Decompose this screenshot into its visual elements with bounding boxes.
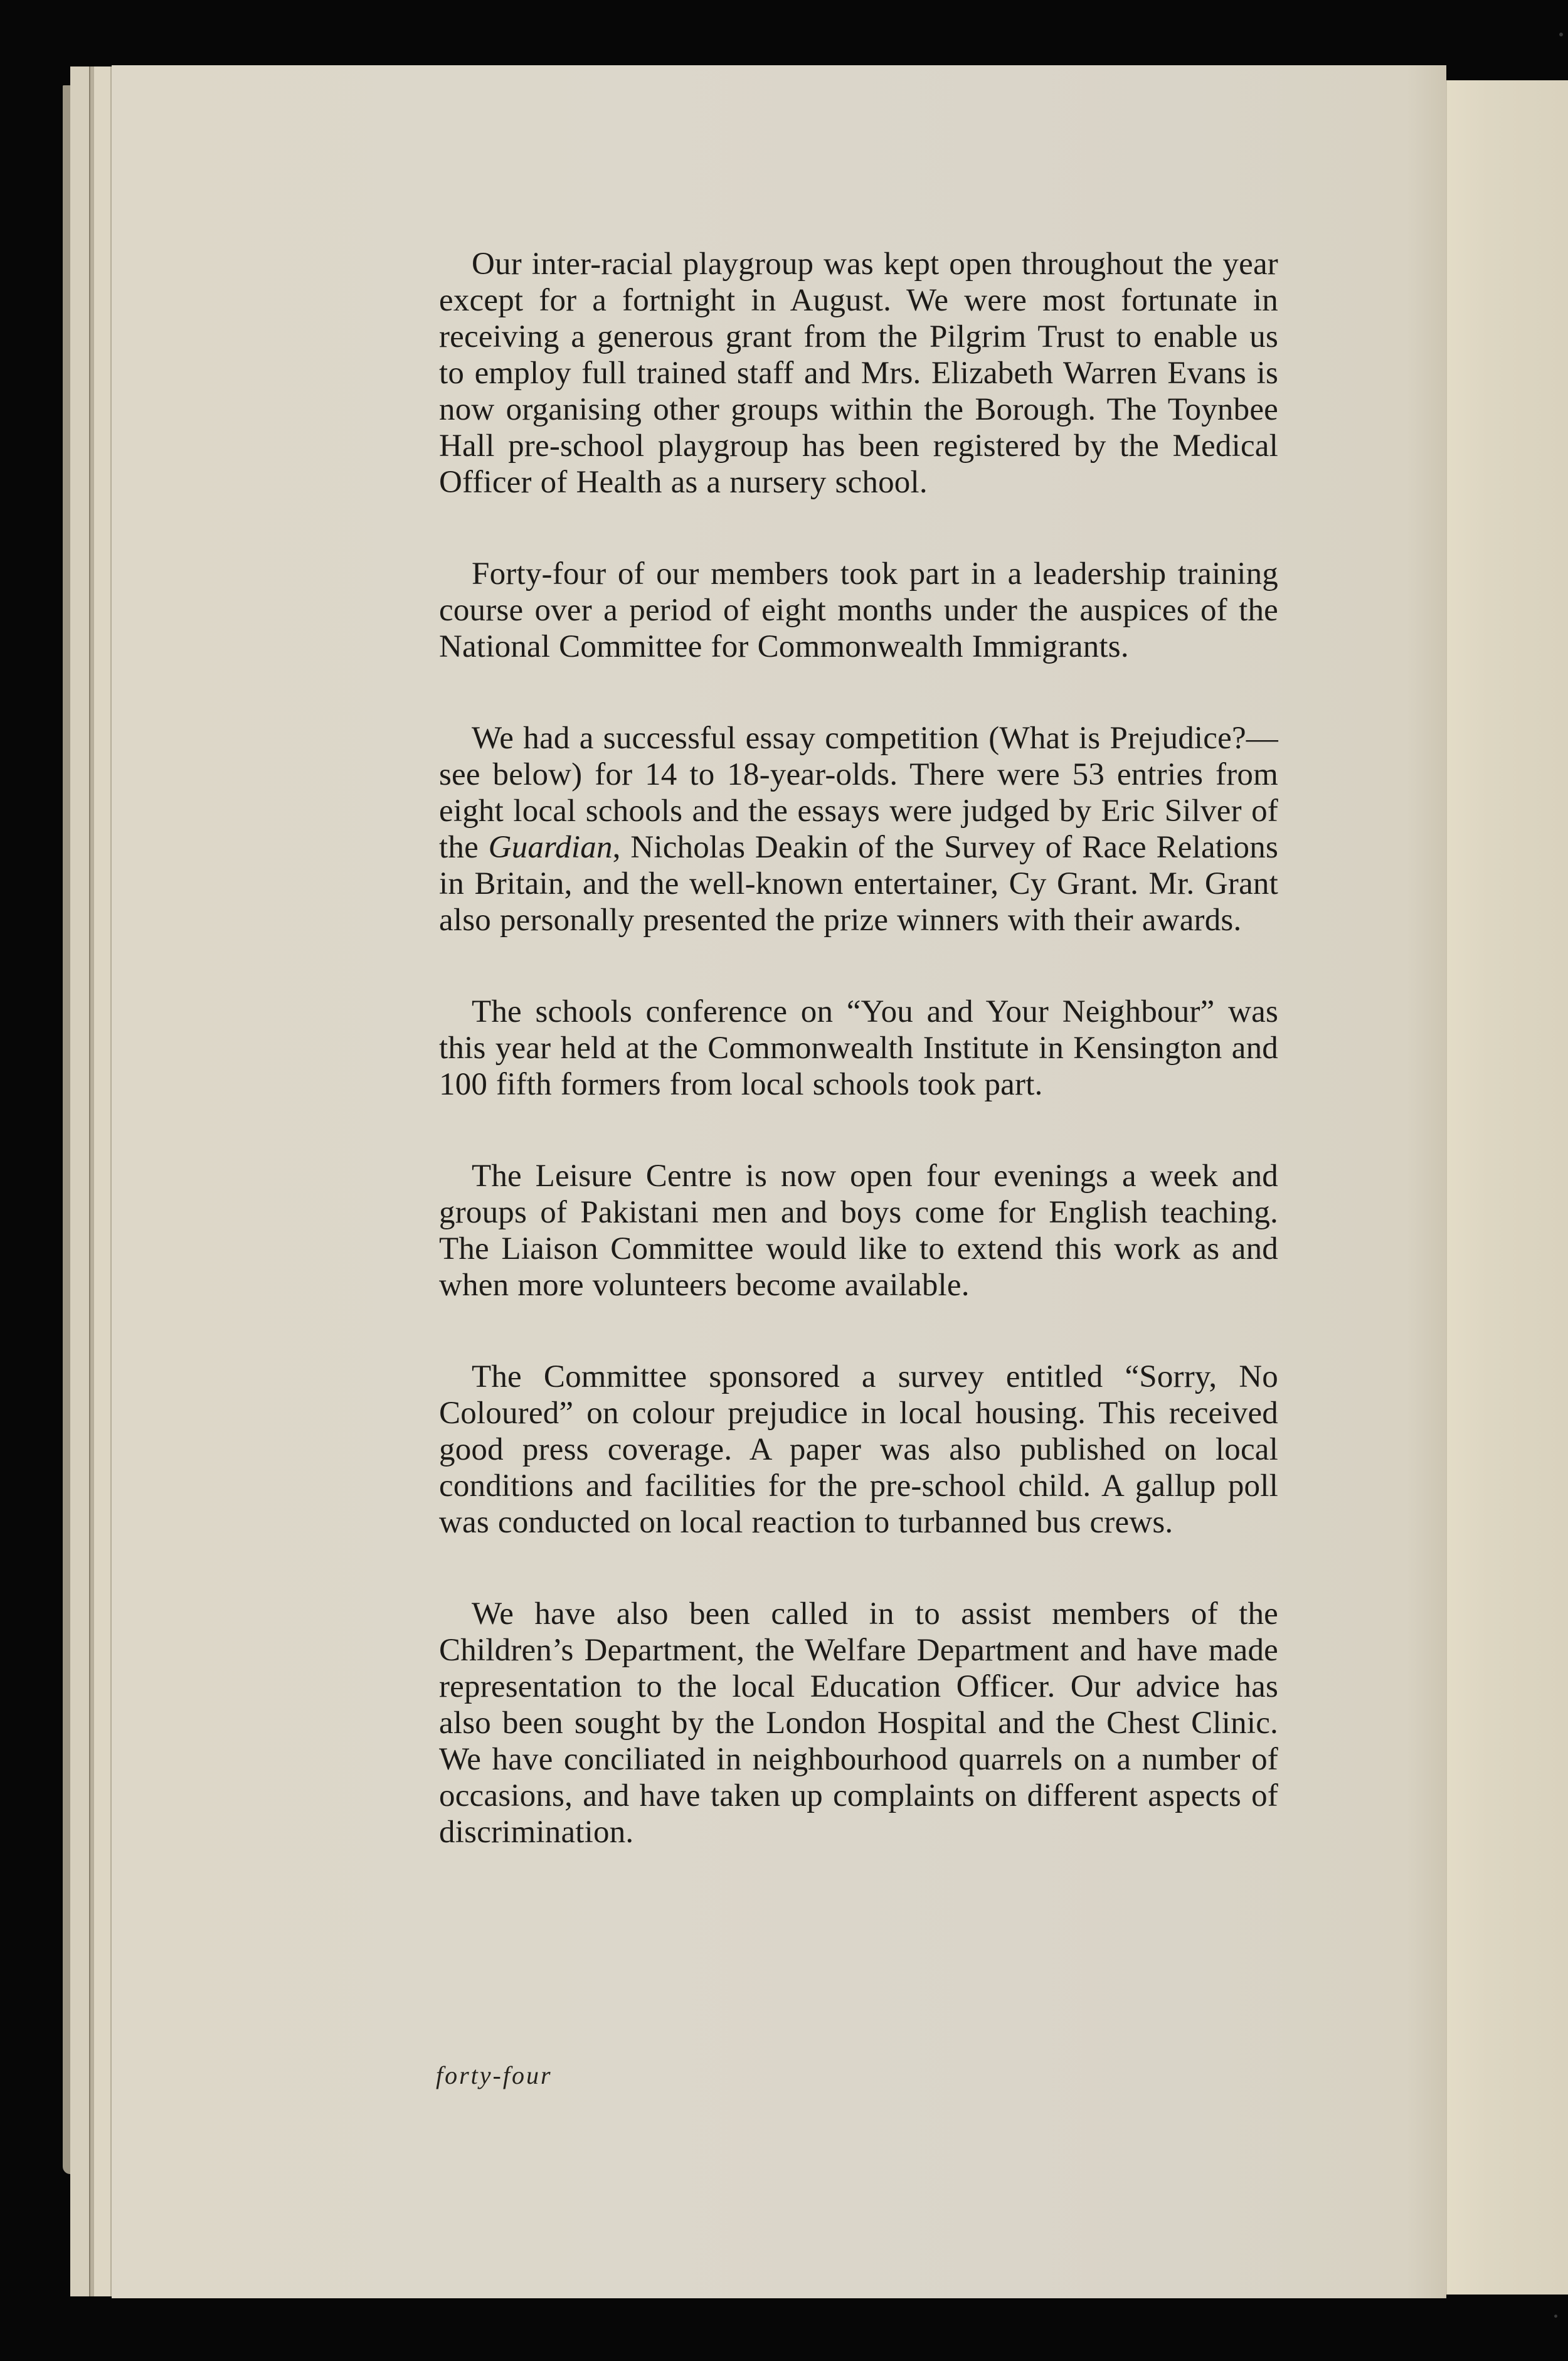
paragraph-playgroup: Our inter-racial playgroup was kept open…	[439, 246, 1278, 501]
paragraph-assistance: We have also been called in to assist me…	[439, 1596, 1278, 1850]
page-stack-edge	[70, 66, 90, 2296]
paragraph-essay-competition: We had a successful essay competition (W…	[439, 720, 1278, 938]
paragraph-leadership-course: Forty-four of our members took part in a…	[439, 556, 1278, 665]
body-text-column: Our inter-racial playgroup was kept open…	[439, 246, 1278, 1906]
right-page-edge	[1446, 80, 1568, 2295]
paragraph-leisure-centre: The Leisure Centre is now open four even…	[439, 1158, 1278, 1303]
paragraph-schools-conference: The schools conference on “You and Your …	[439, 994, 1278, 1103]
dust-speck	[1554, 2315, 1557, 2318]
newspaper-title-italic: Guardian	[489, 830, 613, 865]
page-stack-shadow	[63, 85, 70, 2174]
dust-speck	[1559, 33, 1563, 36]
paragraph-survey: The Committee sponsored a survey entitle…	[439, 1359, 1278, 1541]
page-stack-edge-inner	[94, 66, 112, 2296]
page-number-folio: forty-four	[436, 2061, 553, 2090]
